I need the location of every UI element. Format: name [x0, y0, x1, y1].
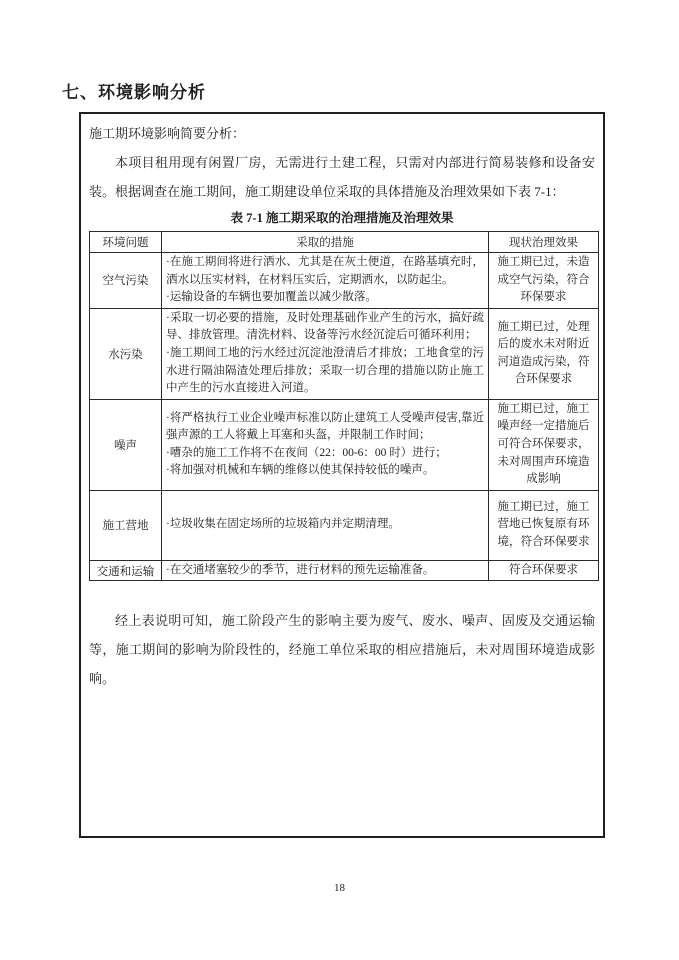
- measure-item: ·将严格执行工业企业噪声标准以防止建筑工人受噪声侵害,靠近强声源的工人将戴上耳塞…: [166, 410, 484, 445]
- measures-cell: ·将严格执行工业企业噪声标准以防止建筑工人受噪声侵害,靠近强声源的工人将戴上耳塞…: [162, 399, 489, 490]
- measure-item: ·将加强对机械和车辆的维修以使其保持较低的噪声。: [166, 462, 484, 480]
- treatment-measures-table: 环境问题 采取的措施 现状治理效果 空气污染 ·在施工期间将进行洒水、尤其是在灰…: [89, 231, 599, 581]
- measures-cell: ·在交通堵塞较少的季节，进行材料的预先运输准备。: [162, 560, 489, 581]
- issue-cell: 施工营地: [90, 490, 162, 560]
- issue-cell: 水污染: [90, 308, 162, 399]
- measure-item: ·垃圾收集在固定场所的垃圾箱内并定期清理。: [166, 516, 484, 534]
- issue-cell: 噪声: [90, 399, 162, 490]
- effect-cell: 施工期已过，施工噪声经一定措施后可符合环保要求，未对周围声环境造成影响: [489, 399, 599, 490]
- measure-item: ·在交通堵塞较少的季节，进行材料的预先运输准备。: [166, 562, 484, 580]
- table-row: 水污染 ·采取一切必要的措施，及时处理基础作业产生的污水，搞好疏导、排放管理。清…: [90, 308, 599, 399]
- measure-item: ·施工期间工地的污水经过沉淀池澄清后才排放；工地食堂的污水进行隔油隔渣处理后排放…: [166, 345, 484, 398]
- measure-item: ·采取一切必要的措施，及时处理基础作业产生的污水，搞好疏导、排放管理。清洗材料、…: [166, 310, 484, 345]
- table-row: 施工营地 ·垃圾收集在固定场所的垃圾箱内并定期清理。 施工期已过，施工营地已恢复…: [90, 490, 599, 560]
- table-row: 噪声 ·将严格执行工业企业噪声标准以防止建筑工人受噪声侵害,靠近强声源的工人将戴…: [90, 399, 599, 490]
- table-title: 表 7-1 施工期采取的治理措施及治理效果: [89, 208, 595, 226]
- effect-cell: 符合环保要求: [489, 560, 599, 581]
- measure-item: ·嘈杂的施工工作将不在夜间（22：00-6：00 时）进行；: [166, 445, 484, 463]
- effect-cell: 施工期已过，处理后的废水未对附近河道造成污染，符合环保要求: [489, 308, 599, 399]
- section-heading: 七、环境影响分析: [62, 78, 206, 103]
- conclusion-paragraph: 经上表说明可知，施工阶段产生的影响主要为废气、废水、噪声、固废及交通运输等，施工…: [89, 606, 595, 693]
- effect-cell: 施工期已过，施工营地已恢复原有环境，符合环保要求: [489, 490, 599, 560]
- table-header-row: 环境问题 采取的措施 现状治理效果: [90, 232, 599, 253]
- measures-cell: ·采取一切必要的措施，及时处理基础作业产生的污水，搞好疏导、排放管理。清洗材料、…: [162, 308, 489, 399]
- column-header-effect: 现状治理效果: [489, 232, 599, 253]
- table-row: 交通和运输 ·在交通堵塞较少的季节，进行材料的预先运输准备。 符合环保要求: [90, 560, 599, 581]
- column-header-measures: 采取的措施: [162, 232, 489, 253]
- intro-paragraph: 本项目租用现有闲置厂房，无需进行土建工程，只需对内部进行简易装修和设备安装。根据…: [89, 148, 595, 206]
- content-box: 施工期环境影响简要分析： 本项目租用现有闲置厂房，无需进行土建工程，只需对内部进…: [79, 112, 605, 838]
- measure-item: ·运输设备的车辆也要加覆盖以减少散落。: [166, 289, 484, 307]
- issue-cell: 交通和运输: [90, 560, 162, 581]
- effect-cell: 施工期已过，未造成空气污染，符合环保要求: [489, 253, 599, 309]
- column-header-issue: 环境问题: [90, 232, 162, 253]
- table-row: 空气污染 ·在施工期间将进行洒水、尤其是在灰土便道，在路基填充时，洒水以压实材料…: [90, 253, 599, 309]
- intro-label: 施工期环境影响简要分析：: [89, 119, 595, 148]
- issue-cell: 空气污染: [90, 253, 162, 309]
- measures-cell: ·垃圾收集在固定场所的垃圾箱内并定期清理。: [162, 490, 489, 560]
- page-number: 18: [0, 882, 679, 894]
- document-page: 七、环境影响分析 施工期环境影响简要分析： 本项目租用现有闲置厂房，无需进行土建…: [0, 0, 679, 960]
- measure-item: ·在施工期间将进行洒水、尤其是在灰土便道，在路基填充时，洒水以压实材料，在材料压…: [166, 254, 484, 289]
- measures-cell: ·在施工期间将进行洒水、尤其是在灰土便道，在路基填充时，洒水以压实材料，在材料压…: [162, 253, 489, 309]
